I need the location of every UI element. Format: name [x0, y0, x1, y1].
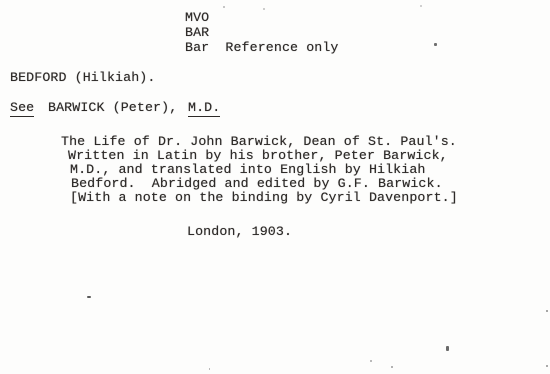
scan-speck	[446, 346, 449, 351]
imprint-line: London, 1903.	[187, 224, 292, 239]
classmark-line-1: MVO	[185, 10, 209, 25]
scan-speck	[434, 43, 437, 46]
cross-reference-honorific: M.D.	[188, 100, 220, 117]
cross-reference-line: See BARWICK (Peter), M.D.	[0, 100, 550, 118]
scan-speck	[209, 368, 210, 370]
scan-speck	[420, 5, 422, 7]
scan-speck	[370, 360, 372, 362]
note-line: The Life of Dr. John Barwick, Dean of St…	[61, 134, 457, 149]
note-line: Bedford. Abridged and edited by G.F. Bar…	[71, 176, 443, 191]
see-label: See	[10, 100, 34, 117]
catalog-card-scan: MVO BAR Bar Reference only BEDFORD (Hilk…	[0, 0, 550, 374]
reference-status-line: Bar Reference only	[185, 40, 339, 55]
scan-speck	[391, 366, 393, 368]
scan-speck	[223, 6, 225, 8]
note-line: [With a note on the binding by Cyril Dav…	[70, 190, 458, 205]
note-line: Written in Latin by his brother, Peter B…	[68, 148, 448, 163]
scan-speck	[263, 8, 265, 10]
scan-speck	[546, 310, 548, 312]
note-line: M.D., and translated into English by Hil…	[70, 162, 426, 177]
entry-heading: BEDFORD (Hilkiah).	[10, 70, 155, 85]
scan-speck	[87, 296, 91, 298]
classmark-line-2: BAR	[185, 25, 209, 40]
cross-reference-target: BARWICK (Peter),	[48, 100, 177, 115]
scan-speck	[546, 365, 548, 367]
